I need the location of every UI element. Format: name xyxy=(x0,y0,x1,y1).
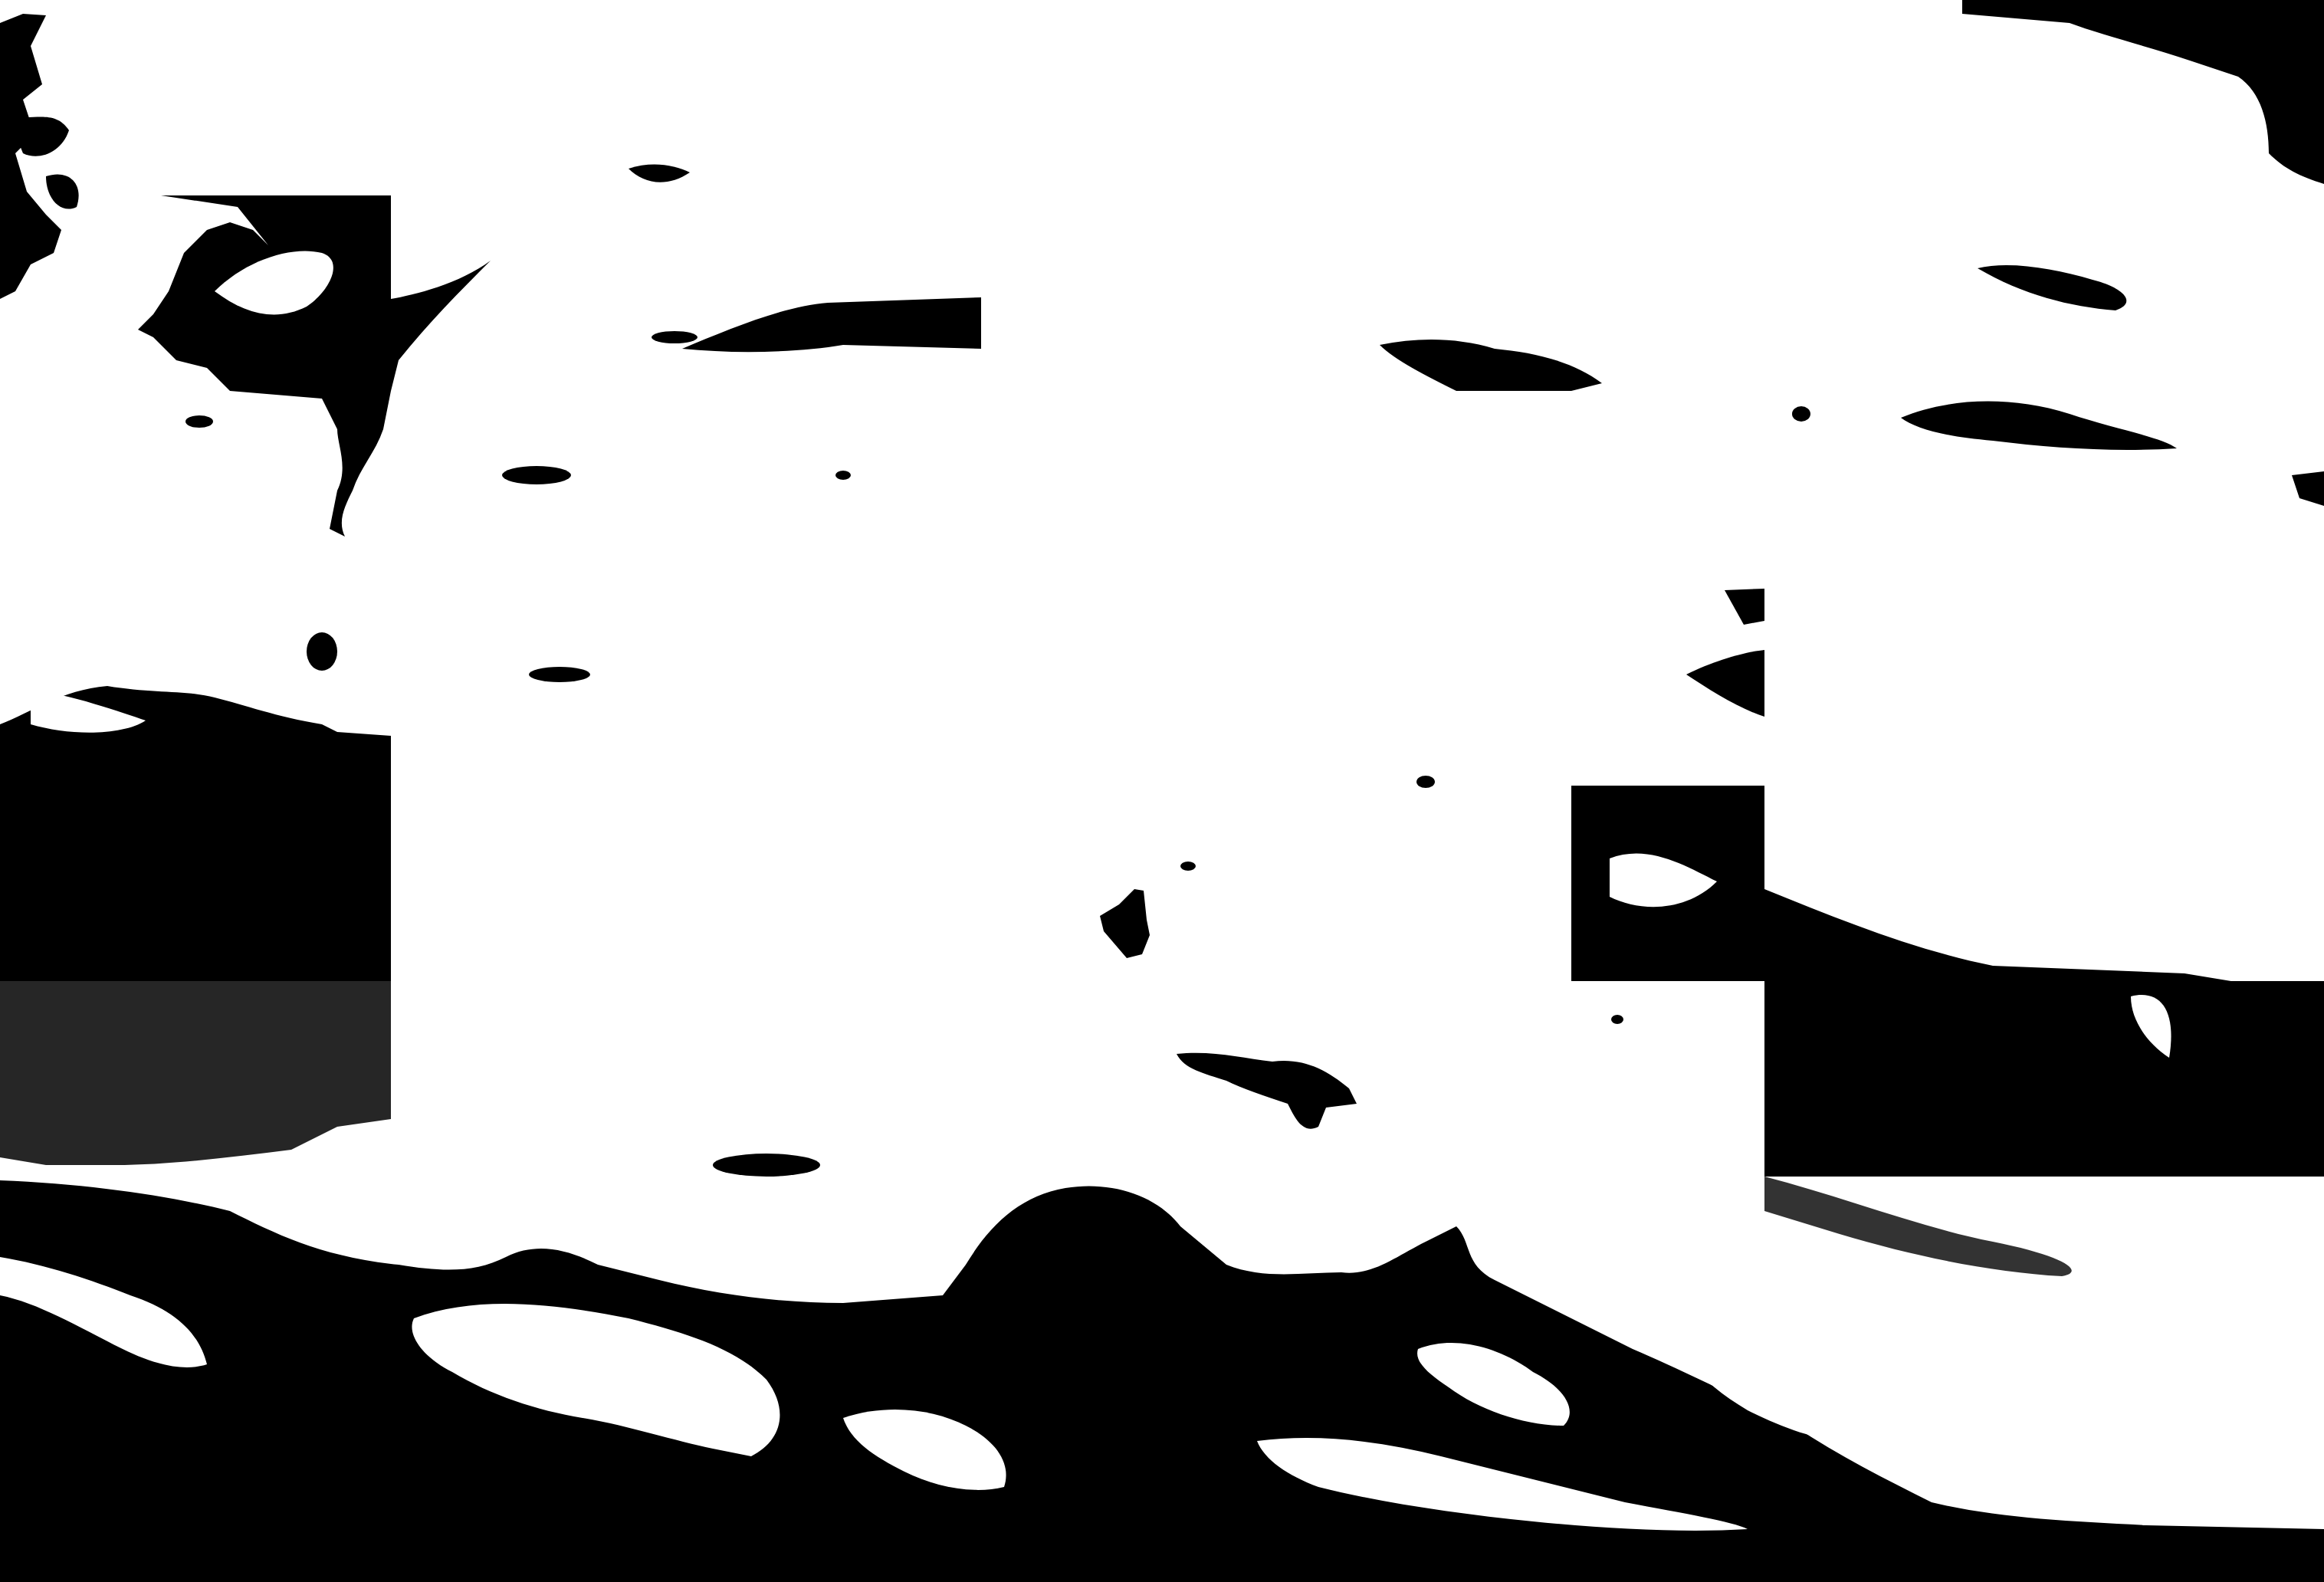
bottom-band xyxy=(0,1541,2324,1582)
binary-satellite-mask xyxy=(0,0,2324,1582)
tile-left-middle xyxy=(0,686,391,1165)
